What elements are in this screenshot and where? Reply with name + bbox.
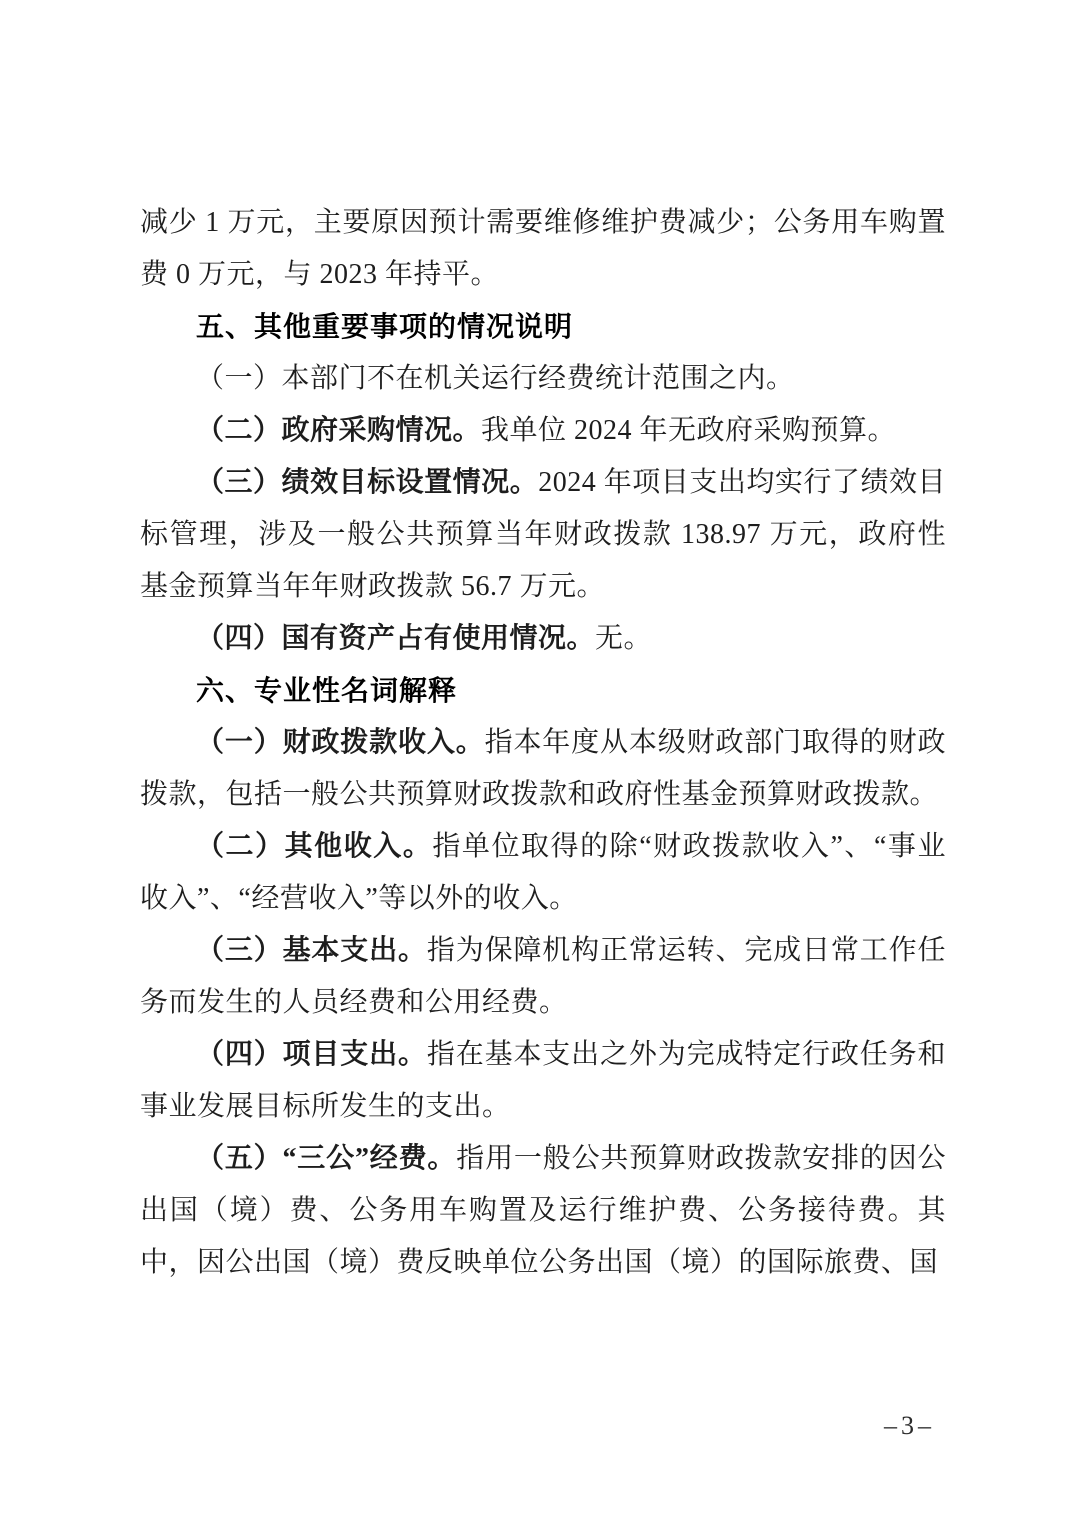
paragraph: （三）绩效目标设置情况。2024 年项目支出均实行了绩效目标管理，涉及一般公共预… xyxy=(140,457,946,613)
paragraph: （一）本部门不在机关运行经费统计范围之内。 xyxy=(140,353,946,405)
paragraph: （五）“三公”经费。指用一般公共预算财政拨款安排的因公出国（境）费、公务用车购置… xyxy=(140,1133,946,1289)
term-label: （五）“三公”经费。 xyxy=(196,1143,456,1174)
term-label: （三）基本支出。 xyxy=(196,935,427,966)
paragraph: 减少 1 万元，主要原因预计需要维修维护费减少；公务用车购置费 0 万元，与 2… xyxy=(140,197,946,301)
paragraph: （四）项目支出。指在基本支出之外为完成特定行政任务和事业发展目标所发生的支出。 xyxy=(140,1029,946,1133)
paragraph: （三）基本支出。指为保障机构正常运转、完成日常工作任务而发生的人员经费和公用经费… xyxy=(140,925,946,1029)
paragraph: （二）政府采购情况。我单位 2024 年无政府采购预算。 xyxy=(140,405,946,457)
document-page: 减少 1 万元，主要原因预计需要维修维护费减少；公务用车购置费 0 万元，与 2… xyxy=(0,0,1074,1520)
paragraph-text: （一）本部门不在机关运行经费统计范围之内。 xyxy=(196,363,795,394)
paragraph: （四）国有资产占有使用情况。无。 xyxy=(140,613,946,665)
paragraph: （一）财政拨款收入。指本年度从本级财政部门取得的财政拨款，包括一般公共预算财政拨… xyxy=(140,717,946,821)
paragraph-text: 我单位 2024 年无政府采购预算。 xyxy=(481,415,896,446)
section-heading: 六、专业性名词解释 xyxy=(140,665,946,717)
paragraph-text: 无。 xyxy=(595,623,652,654)
section-heading: 五、其他重要事项的情况说明 xyxy=(140,301,946,353)
paragraph-text: 减少 1 万元，主要原因预计需要维修维护费减少；公务用车购置费 0 万元，与 2… xyxy=(140,207,946,290)
page-number: –3– xyxy=(884,1408,935,1444)
term-label: （四）国有资产占有使用情况。 xyxy=(196,623,595,654)
term-label: （三）绩效目标设置情况。 xyxy=(196,467,538,498)
document-body: 减少 1 万元，主要原因预计需要维修维护费减少；公务用车购置费 0 万元，与 2… xyxy=(140,197,946,1289)
paragraph: （二）其他收入。指单位取得的除“财政拨款收入”、“事业收入”、“经营收入”等以外… xyxy=(140,821,946,925)
term-label: （二）其他收入。 xyxy=(196,831,432,862)
term-label: （二）政府采购情况。 xyxy=(196,415,481,446)
term-label: （一）财政拨款收入。 xyxy=(196,727,485,758)
term-label: （四）项目支出。 xyxy=(196,1039,427,1070)
